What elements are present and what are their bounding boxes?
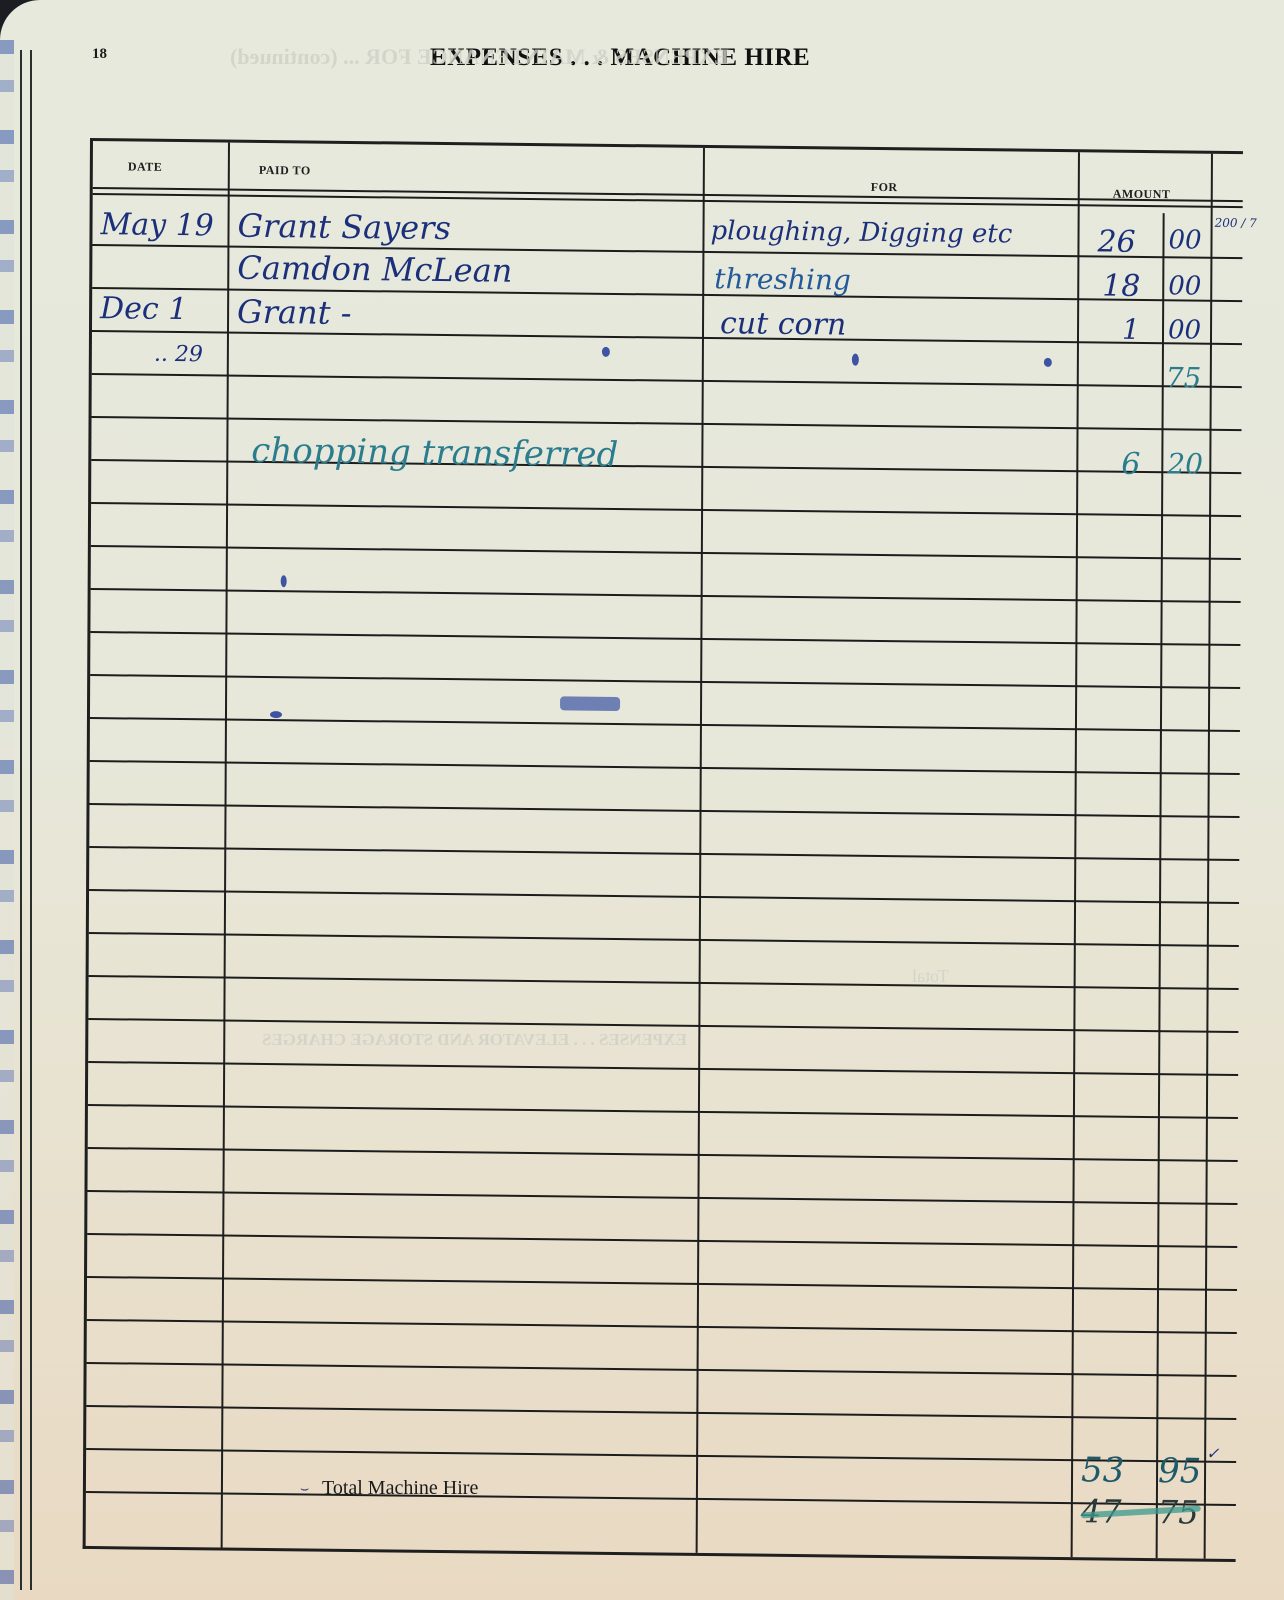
row-rule — [86, 1491, 1236, 1506]
entry-cents: 20 — [1167, 447, 1203, 480]
row-rule — [92, 330, 1242, 345]
total-check-icon: ⌣ — [300, 1482, 309, 1498]
row-rule — [87, 1276, 1237, 1291]
row-rule — [87, 1319, 1237, 1334]
row-rule — [89, 975, 1239, 990]
row-rule — [90, 760, 1240, 775]
entry-dollars: 26 — [1097, 224, 1135, 259]
entry-date: Dec 1 — [100, 291, 187, 327]
ink-smudge — [270, 711, 282, 718]
bleed-through-title: EXPENSES & MAINTENANCE FOR ... (continue… — [230, 44, 729, 70]
total-cents: 95 — [1158, 1451, 1201, 1491]
row-rule — [87, 1233, 1237, 1248]
row-rules — [93, 141, 1243, 154]
ink-smudge — [852, 354, 859, 366]
date-column-rule — [221, 143, 230, 1548]
row-rule — [91, 545, 1241, 560]
entry-for: threshing — [714, 262, 851, 297]
header-for: FOR — [871, 180, 898, 195]
row-rule — [86, 1405, 1236, 1420]
entry-paid-to: Grant - — [237, 293, 352, 332]
row-rule — [88, 1061, 1238, 1076]
row-rule — [89, 889, 1239, 904]
row-rule — [90, 674, 1240, 689]
ledger-table: DATE PAID TO FOR AMOUNT May 19 Grant Say… — [83, 138, 1243, 1562]
spine-rule — [20, 50, 22, 1590]
amount-column-rule — [1071, 152, 1080, 1557]
row-rule — [92, 416, 1242, 431]
row-rule — [87, 1190, 1237, 1205]
entry-date: May 19 — [100, 207, 213, 243]
right-border-rule — [1204, 154, 1213, 1559]
entry-for: cut corn — [720, 306, 846, 342]
book-binding-edge — [0, 40, 14, 1600]
entry-dollars: 1 — [1122, 313, 1140, 346]
row-rule — [88, 1018, 1238, 1033]
spine-rule — [30, 50, 32, 1590]
entry-paid-to: chopping transferred — [251, 431, 618, 475]
row-rule — [87, 1362, 1237, 1377]
cents-column-rule — [1156, 213, 1165, 1558]
entry-date: .. 29 — [154, 342, 203, 368]
row-rule — [89, 932, 1239, 947]
entry-paid-to: Grant Sayers — [237, 207, 451, 247]
total-machine-hire-label: Total Machine Hire — [322, 1477, 478, 1500]
entry-cents: 00 — [1168, 271, 1201, 301]
row-rule — [90, 631, 1240, 646]
total-dollars: 53 — [1081, 1450, 1124, 1490]
ink-smudge — [602, 347, 610, 357]
row-rule — [91, 588, 1241, 603]
header-rule — [93, 187, 1243, 202]
row-rule — [86, 1448, 1236, 1463]
margin-note: 200 / 7 — [1215, 216, 1257, 230]
entry-cents: 00 — [1168, 225, 1201, 255]
page-number: 18 — [92, 46, 107, 63]
total-check-mark: ✓ — [1206, 1444, 1220, 1463]
row-rule — [89, 846, 1239, 861]
entry-dollars: 6 — [1121, 447, 1140, 482]
entry-paid-to: Camdon McLean — [237, 249, 512, 290]
row-rule — [90, 717, 1240, 732]
ink-smudge — [560, 696, 620, 711]
row-rule — [90, 803, 1240, 818]
row-rule — [91, 502, 1241, 517]
row-rule — [88, 1147, 1238, 1162]
ledger-page: 18 EXPENSES . . . MACHINE HIRE EXPENSES … — [0, 0, 1284, 1600]
entry-dollars: 18 — [1102, 268, 1140, 303]
header-paid-to: PAID TO — [259, 163, 311, 179]
header-date: DATE — [128, 159, 163, 174]
ink-smudge — [281, 575, 287, 587]
row-rule — [92, 373, 1242, 388]
entry-cents: 00 — [1168, 315, 1201, 345]
entry-for: ploughing, Digging etc — [710, 216, 1012, 249]
row-rule — [88, 1104, 1238, 1119]
ink-smudge — [1044, 358, 1052, 367]
for-column-rule — [696, 148, 705, 1553]
entry-cents: 75 — [1166, 361, 1202, 394]
